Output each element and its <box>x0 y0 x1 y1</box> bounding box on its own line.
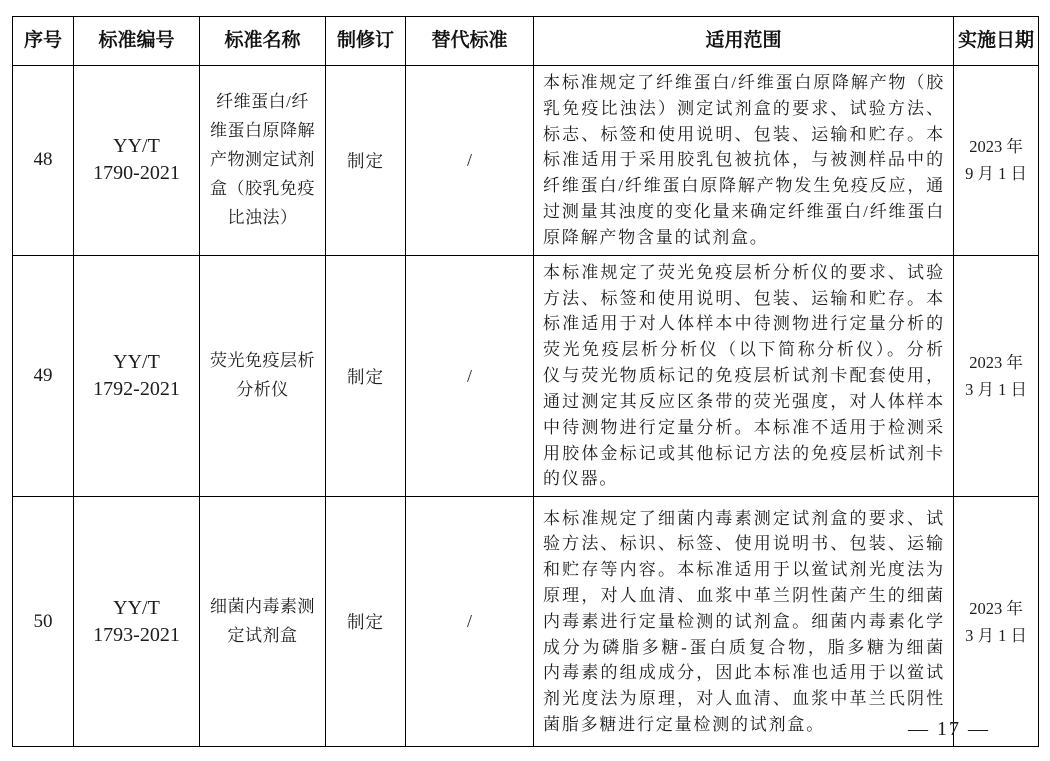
date-line1: 2023 年 <box>956 349 1036 376</box>
document-page: 序号 标准编号 标准名称 制修订 替代标准 适用范围 实施日期 48 YY/T … <box>0 0 1050 761</box>
table-row: 50 YY/T 1793-2021 细菌内毒素测定试剂盒 制定 / 本标准规定了… <box>13 497 1039 747</box>
row-revision-type: 制定 <box>326 497 406 747</box>
row-seq: 48 <box>13 66 74 256</box>
table-row: 48 YY/T 1790-2021 纤维蛋白/纤维蛋白原降解产物测定试剂盒（胶乳… <box>13 66 1039 256</box>
standard-code-line1: YY/T <box>76 133 197 160</box>
row-standard-name: 细菌内毒素测定试剂盒 <box>200 497 326 747</box>
row-replaced-standard: / <box>406 255 534 496</box>
row-revision-type: 制定 <box>326 66 406 256</box>
row-scope: 本标准规定了细菌内毒素测定试剂盒的要求、试验方法、标识、标签、使用说明书、包装、… <box>534 497 954 747</box>
row-implementation-date: 2023 年 3 月 1 日 <box>954 255 1039 496</box>
row-revision-type: 制定 <box>326 255 406 496</box>
standard-code-line1: YY/T <box>76 595 197 622</box>
row-standard-name: 荧光免疫层析分析仪 <box>200 255 326 496</box>
header-scope: 适用范围 <box>534 17 954 66</box>
standard-code-line2: 1793-2021 <box>76 622 197 649</box>
row-implementation-date: 2023 年 3 月 1 日 <box>954 497 1039 747</box>
standard-code-line2: 1790-2021 <box>76 160 197 187</box>
row-scope: 本标准规定了荧光免疫层析分析仪的要求、试验方法、标签和使用说明、包装、运输和贮存… <box>534 255 954 496</box>
date-line2: 3 月 1 日 <box>956 622 1036 649</box>
row-replaced-standard: / <box>406 497 534 747</box>
date-line1: 2023 年 <box>956 595 1036 622</box>
table-header-row: 序号 标准编号 标准名称 制修订 替代标准 适用范围 实施日期 <box>13 17 1039 66</box>
row-seq: 49 <box>13 255 74 496</box>
header-code: 标准编号 <box>74 17 200 66</box>
header-date: 实施日期 <box>954 17 1039 66</box>
page-number: — 17 — <box>908 718 990 741</box>
row-scope: 本标准规定了纤维蛋白/纤维蛋白原降解产物（胶乳免疫比浊法）测定试剂盒的要求、试验… <box>534 66 954 256</box>
row-implementation-date: 2023 年 9 月 1 日 <box>954 66 1039 256</box>
row-replaced-standard: / <box>406 66 534 256</box>
row-standard-name: 纤维蛋白/纤维蛋白原降解产物测定试剂盒（胶乳免疫比浊法） <box>200 66 326 256</box>
header-seq: 序号 <box>13 17 74 66</box>
date-line2: 9 月 1 日 <box>956 160 1036 187</box>
header-name: 标准名称 <box>200 17 326 66</box>
date-line1: 2023 年 <box>956 133 1036 160</box>
row-seq: 50 <box>13 497 74 747</box>
row-standard-code: YY/T 1792-2021 <box>74 255 200 496</box>
header-replaced: 替代标准 <box>406 17 534 66</box>
date-line2: 3 月 1 日 <box>956 376 1036 403</box>
standard-code-line2: 1792-2021 <box>76 376 197 403</box>
table-row: 49 YY/T 1792-2021 荧光免疫层析分析仪 制定 / 本标准规定了荧… <box>13 255 1039 496</box>
header-revision: 制修订 <box>326 17 406 66</box>
standard-code-line1: YY/T <box>76 349 197 376</box>
row-standard-code: YY/T 1793-2021 <box>74 497 200 747</box>
row-standard-code: YY/T 1790-2021 <box>74 66 200 256</box>
standards-table: 序号 标准编号 标准名称 制修订 替代标准 适用范围 实施日期 48 YY/T … <box>12 16 1039 747</box>
